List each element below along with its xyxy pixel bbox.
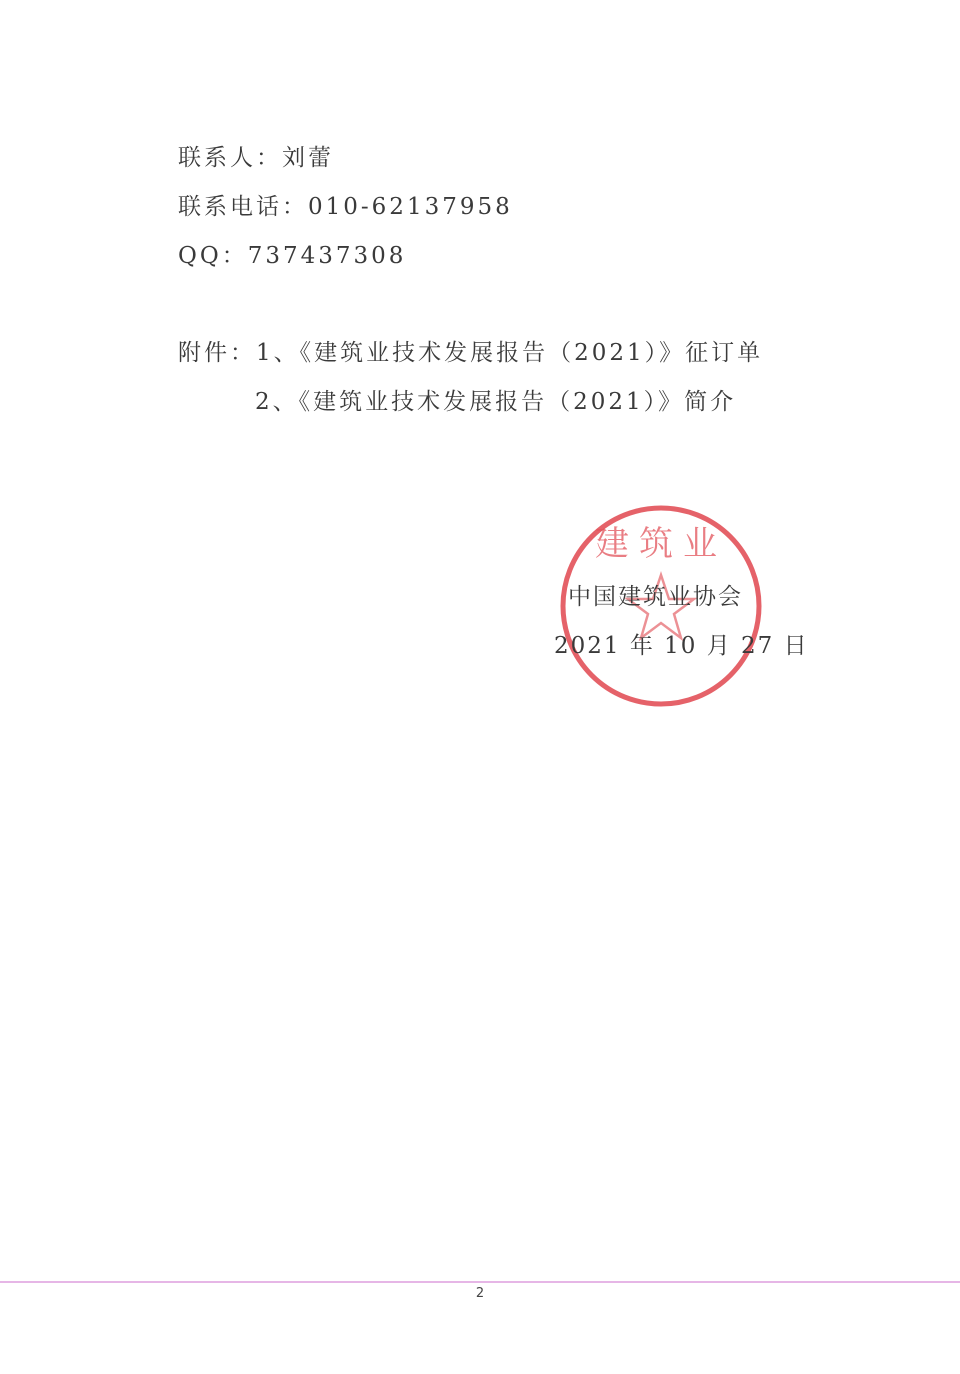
contact-qq: QQ：737437308 xyxy=(178,241,406,271)
attachment-item-2: 2、《建筑业技术发展报告（2021）》简介 xyxy=(255,387,736,417)
footer-rule xyxy=(0,1281,960,1283)
signature-organization: 中国建筑业协会 xyxy=(568,582,743,612)
contact-phone: 联系电话：010-62137958 xyxy=(178,192,513,222)
contact-person: 联系人：刘蕾 xyxy=(178,143,334,173)
page-number: 2 xyxy=(0,1286,960,1301)
signature-date: 2021 年 10 月 27 日 xyxy=(554,631,809,661)
svg-text:建筑业: 建筑业 xyxy=(595,524,727,564)
attachment-item-1: 附件：1、《建筑业技术发展报告（2021）》征订单 xyxy=(178,338,763,368)
